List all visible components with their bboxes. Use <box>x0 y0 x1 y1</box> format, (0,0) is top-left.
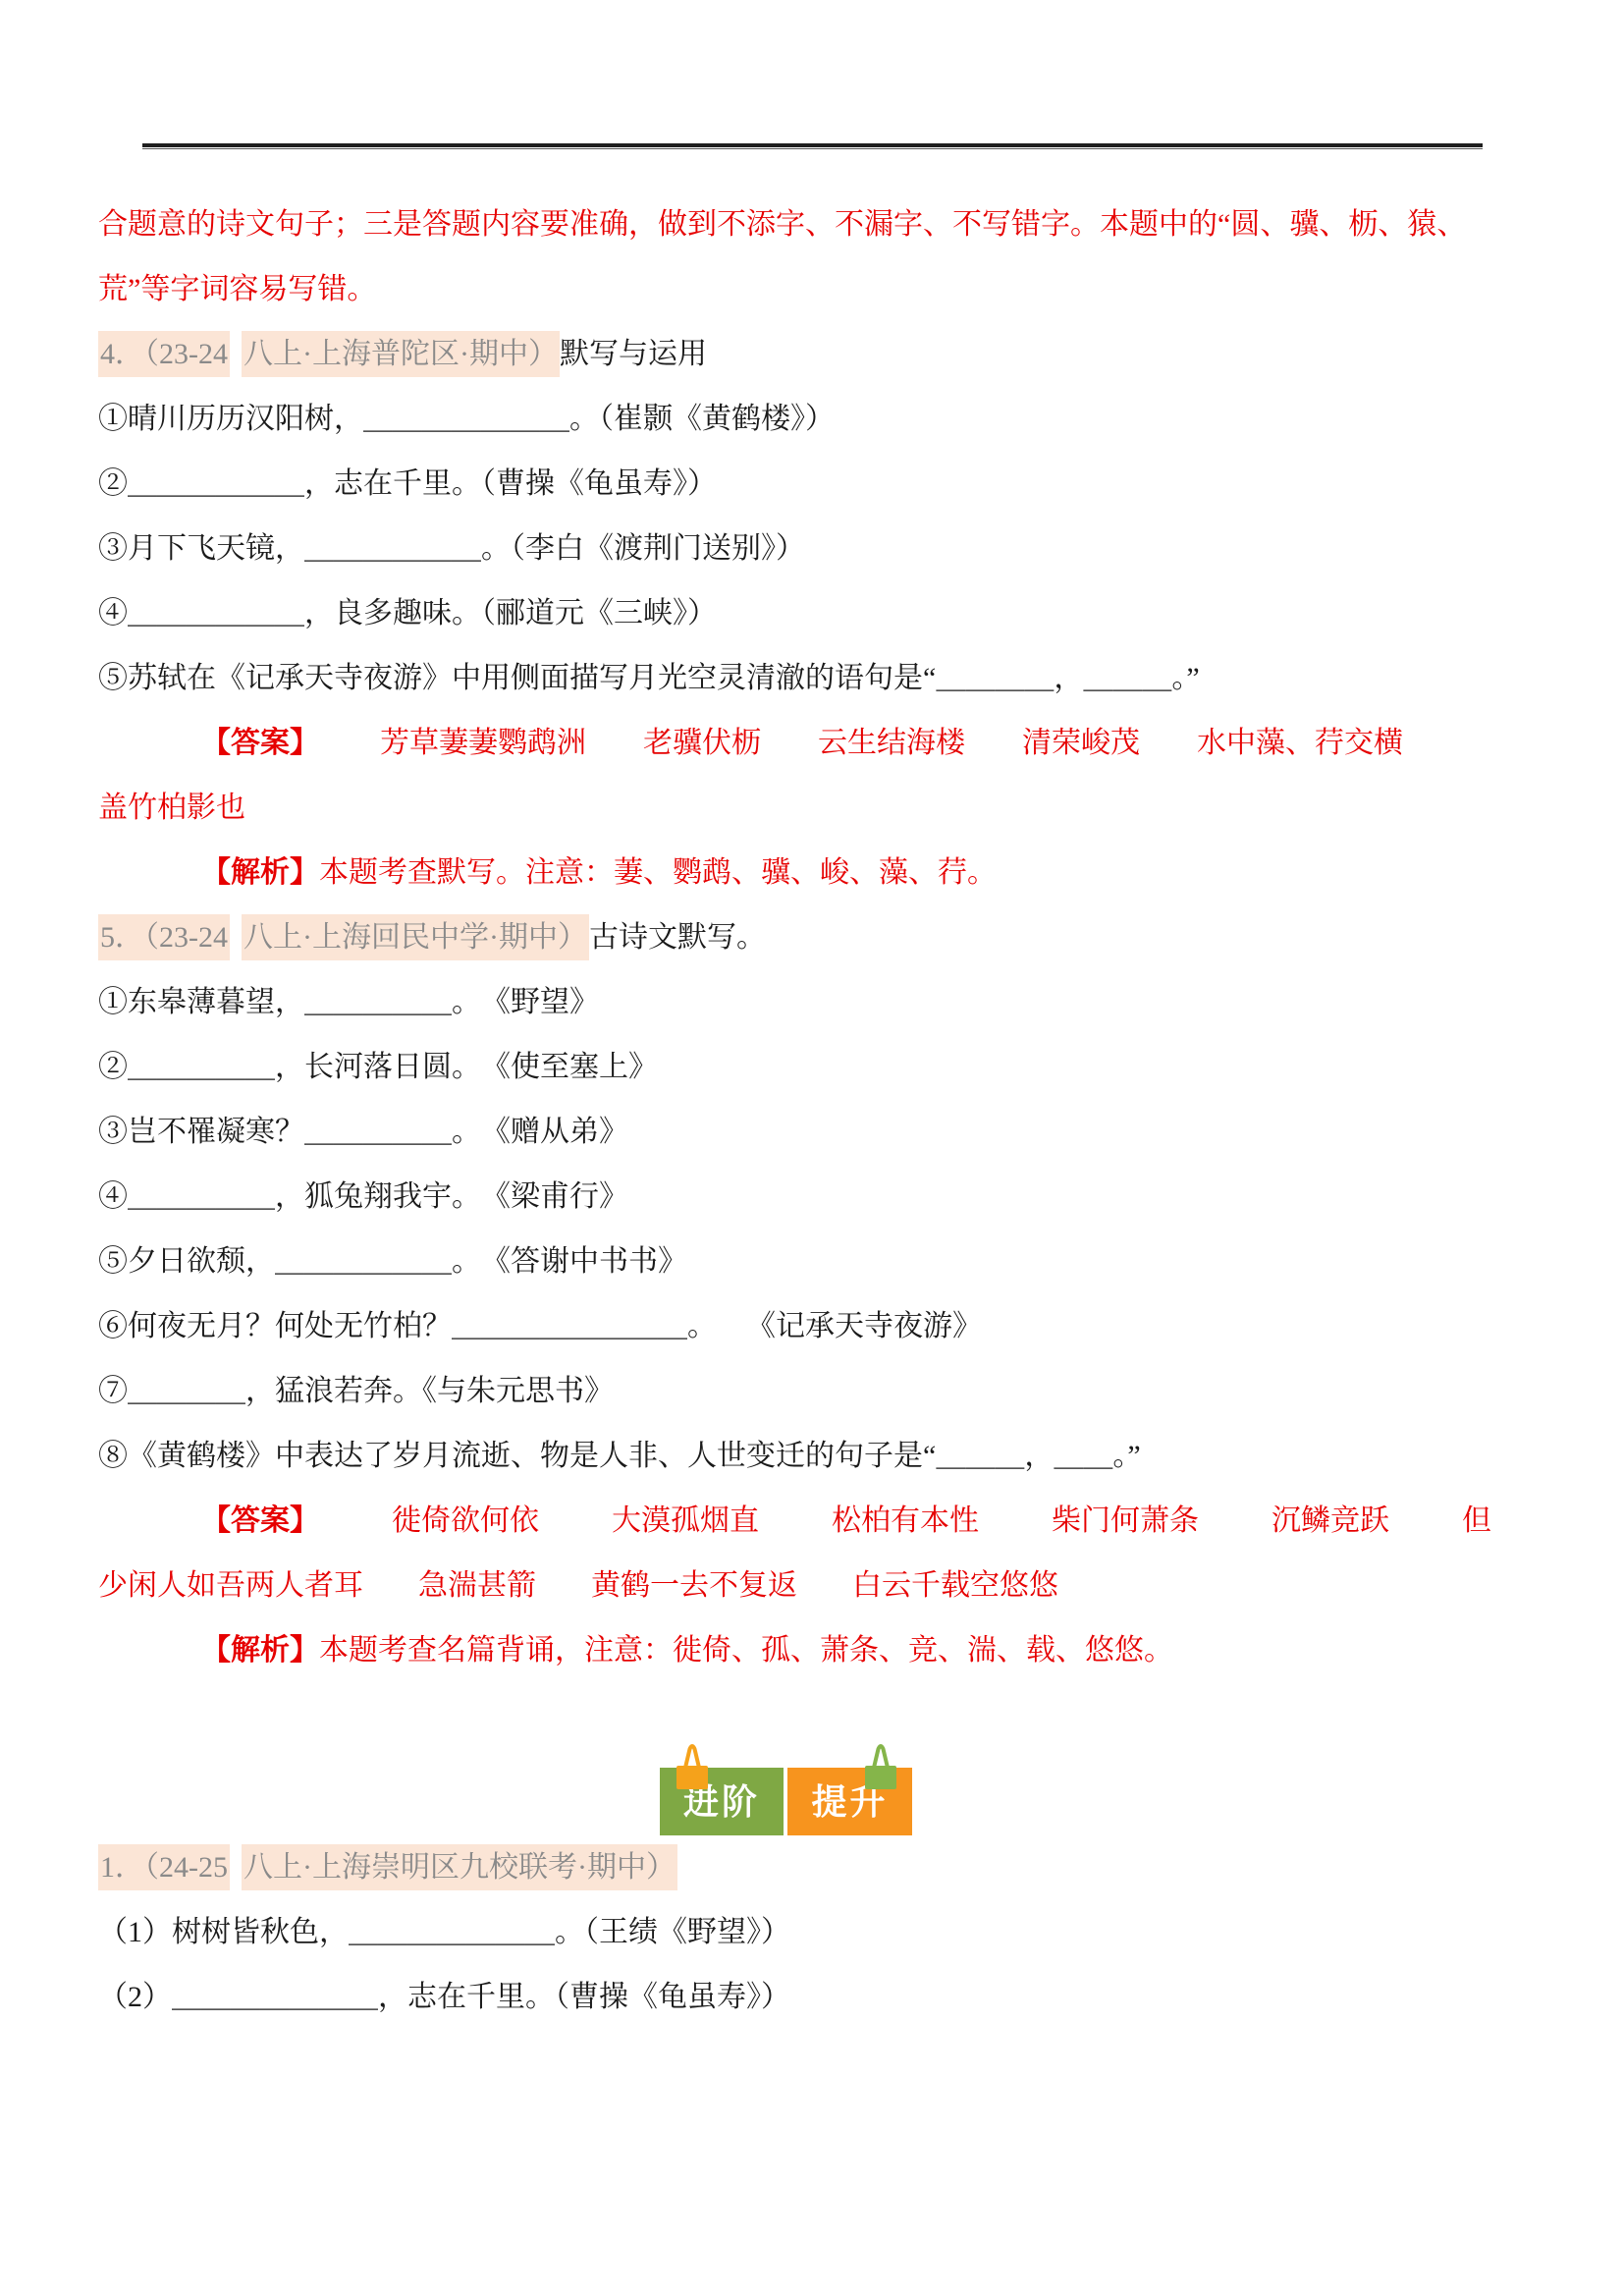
page-header-rule <box>142 143 1483 149</box>
answer-item: 白云千载空悠悠 <box>852 1569 1058 1602</box>
answer-item: 黄鹤一去不复返 <box>591 1569 797 1602</box>
answer-item: 大漠孤烟直 <box>612 1504 759 1537</box>
answer-item: 柴门何萧条 <box>1052 1504 1199 1537</box>
header-rule-thin-line <box>142 148 1483 149</box>
answer-item: 沉鳞竞跃 <box>1271 1504 1389 1537</box>
question-4-source-tag: 八上·上海普陀区·期中） <box>242 331 560 377</box>
answer-item: 急湍甚箭 <box>418 1569 536 1602</box>
answer-item: 徙倚欲何依 <box>392 1504 539 1537</box>
advanced-question-1-number-tag: 1．（24-25 <box>98 1844 230 1890</box>
intro-note-line: 荒”等字词容易写错。 <box>98 257 1486 322</box>
answer-item: 云生结海楼 <box>818 727 965 759</box>
answer-item: 老骥伏枥 <box>643 727 761 759</box>
question-4-analysis: 【解析】本题考查默写。注意：萋、鹦鹉、骥、峻、藻、荇。 <box>98 841 1486 905</box>
answer-item: 但 <box>1462 1504 1491 1537</box>
analysis-text: 本题考查默写。注意：萋、鹦鹉、骥、峻、藻、荇。 <box>319 856 997 889</box>
dictation-item: ⑤夕日欲颓，＿＿＿＿＿＿。 《答谢中书书》 <box>98 1230 1486 1294</box>
dictation-item: ②＿＿＿＿＿，长河落日圆。 《使至塞上》 <box>98 1035 1486 1100</box>
dictation-item: ①东皋薄暮望，＿＿＿＿＿。 《野望》 <box>98 970 1486 1035</box>
document-body: 合题意的诗文句子；三是答题内容要准确，做到不添字、不漏字、不写错字。本题中的“圆… <box>98 192 1486 2030</box>
binder-clip-icon <box>674 1742 711 1791</box>
question-5-answer-continued: 少闲人如吾两人者耳急湍甚箭黄鹤一去不复返白云千载空悠悠 <box>98 1554 1486 1618</box>
question-4-title: 默写与运用 <box>560 338 707 370</box>
answer-item: 芳草萋萋鹦鹉洲 <box>380 727 586 759</box>
analysis-text: 本题考查名篇背诵，注意：徙倚、孤、萧条、竞、湍、载、悠悠。 <box>319 1634 1173 1667</box>
advanced-question-1-source-tag: 八上·上海崇明区九校联考·期中） <box>242 1844 677 1890</box>
answer-item: 松柏有本性 <box>832 1504 979 1537</box>
question-4-answer-continued: 盖竹柏影也 <box>98 776 1486 841</box>
question-4-heading: 4．（23-24八上·上海普陀区·期中）默写与运用 <box>98 322 1486 387</box>
answer-item: 少闲人如吾两人者耳 <box>98 1569 363 1602</box>
dictation-item: ⑥何夜无月？何处无竹柏？＿＿＿＿＿＿＿＿。 《记承天寺夜游》 <box>98 1294 1486 1359</box>
answer-label: 【答案】 <box>201 727 319 759</box>
dictation-item: ④＿＿＿＿＿，狐兔翔我宇。 《梁甫行》 <box>98 1165 1486 1230</box>
advanced-question-1-heading: 1．（24-25八上·上海崇明区九校联考·期中） <box>98 1835 1486 1900</box>
dictation-item: （2）＿＿＿＿＿＿＿，志在千里。（曹操《龟虽寿》） <box>98 1965 1486 2030</box>
question-5-heading: 5．（23-24八上·上海回民中学·期中）古诗文默写。 <box>98 905 1486 970</box>
header-rule-thick-line <box>142 143 1483 147</box>
dictation-item: ②＿＿＿＿＿＿，志在千里。（曹操《龟虽寿》） <box>98 452 1486 517</box>
dictation-item: ①晴川历历汉阳树，＿＿＿＿＿＿＿。（崔颢《黄鹤楼》） <box>98 387 1486 452</box>
page: 合题意的诗文句子；三是答题内容要准确，做到不添字、不漏字、不写错字。本题中的“圆… <box>0 143 1623 2030</box>
dictation-item: ③岂不罹凝寒？＿＿＿＿＿。 《赠从弟》 <box>98 1100 1486 1165</box>
dictation-item: （1）树树皆秋色，＿＿＿＿＿＿＿。（王绩《野望》） <box>98 1900 1486 1965</box>
section-banner-advance-improve: 进阶 提升 <box>660 1742 912 1835</box>
question-5-analysis: 【解析】本题考查名篇背诵，注意：徙倚、孤、萧条、竞、湍、载、悠悠。 <box>98 1618 1486 1683</box>
dictation-item: ⑧《黄鹤楼》中表达了岁月流逝、物是人非、人世变迁的句子是“＿＿＿，＿＿。” <box>98 1424 1486 1489</box>
dictation-item: ⑦＿＿＿＿，猛浪若奔。《与朱元思书》 <box>98 1359 1486 1424</box>
answer-item: 水中藻、荇交横 <box>1197 727 1403 759</box>
dictation-item: ④＿＿＿＿＿＿，良多趣味。（郦道元《三峡》） <box>98 581 1486 646</box>
answer-label: 【答案】 <box>201 1504 319 1537</box>
question-5-source-tag: 八上·上海回民中学·期中） <box>242 914 589 960</box>
question-5-title: 古诗文默写。 <box>589 921 766 954</box>
analysis-label: 【解析】 <box>201 856 319 889</box>
binder-clip-icon <box>862 1742 899 1791</box>
question-5-number-tag: 5．（23-24 <box>98 914 230 960</box>
dictation-item: ③月下飞天镜，＿＿＿＿＿＿。（李白《渡荆门送别》） <box>98 517 1486 581</box>
question-5-answer: 【答案】徙倚欲何依大漠孤烟直松柏有本性柴门何萧条沉鳞竞跃但 <box>98 1489 1486 1554</box>
question-4-number-tag: 4．（23-24 <box>98 331 230 377</box>
answer-item: 清荣峻茂 <box>1022 727 1140 759</box>
intro-note-line: 合题意的诗文句子；三是答题内容要准确，做到不添字、不漏字、不写错字。本题中的“圆… <box>98 192 1486 257</box>
analysis-label: 【解析】 <box>201 1634 319 1667</box>
question-4-answer: 【答案】芳草萋萋鹦鹉洲老骥伏枥云生结海楼清荣峻茂水中藻、荇交横 <box>98 711 1486 776</box>
dictation-item: ⑤苏轼在《记承天寺夜游》中用侧面描写月光空灵清澈的语句是“＿＿＿＿，＿＿＿。” <box>98 646 1486 711</box>
